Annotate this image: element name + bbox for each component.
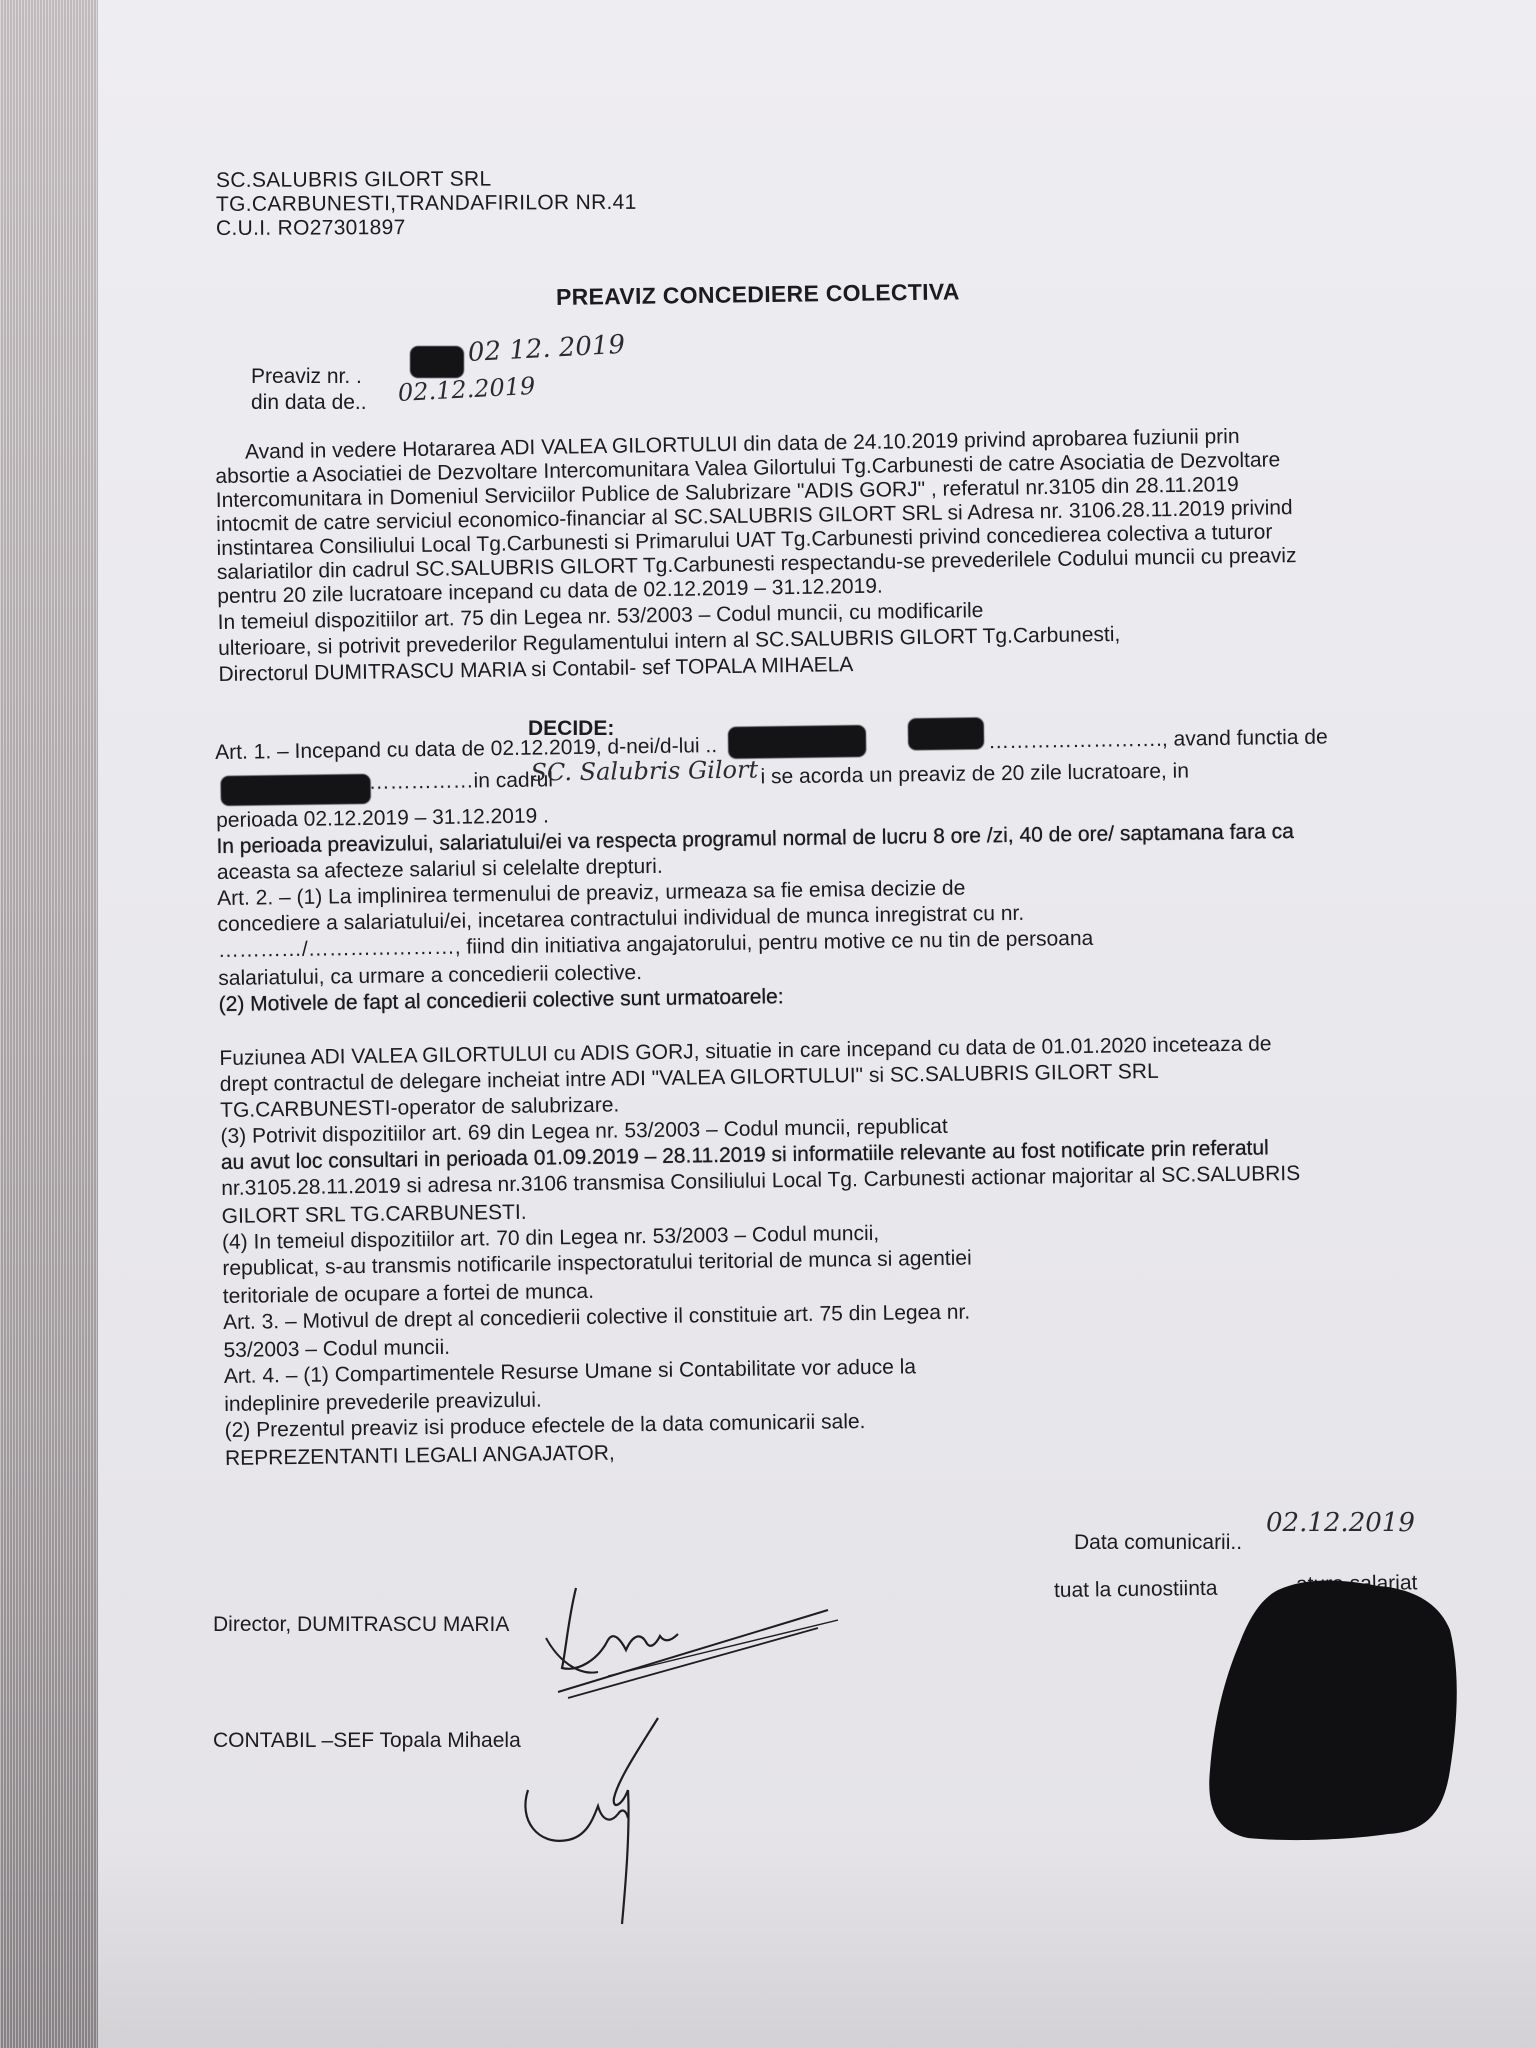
redaction-employee-name xyxy=(728,725,866,759)
redaction-employee-surname xyxy=(908,717,984,750)
communication-date-label: Data comunicarii.. xyxy=(1074,1530,1242,1556)
document-title: PREAVIZ CONCEDIERE COLECTIVA xyxy=(556,278,960,310)
notice-date-handwritten: 02.12.2019 xyxy=(397,373,536,406)
redaction-notice-number xyxy=(410,346,464,378)
art1-employer-handwritten: SC. Salubris Gilort xyxy=(530,756,758,785)
redaction-employee-signature xyxy=(1188,1570,1498,1850)
company-address: TG.CARBUNESTI,TRANDAFIRILOR NR.41 xyxy=(216,190,637,218)
art1-line1-end: ……………………., avand functia de xyxy=(988,725,1328,756)
director-signature xyxy=(538,1580,838,1700)
redaction-employee-function xyxy=(221,774,371,806)
art3-line2: 53/2003 – Codul muncii. xyxy=(223,1335,450,1364)
communication-date-handwritten: 02.12.2019 xyxy=(1266,1510,1415,1536)
art1-line2-end: i se acorda un preaviz de 20 zile lucrat… xyxy=(760,758,1189,790)
document-page: SC.SALUBRIS GILORT SRL TG.CARBUNESTI,TRA… xyxy=(98,0,1536,2048)
page-shadow xyxy=(98,1848,1536,2048)
notice-number-label: Preaviz nr. . xyxy=(251,364,362,390)
representatives-label: REPREZENTANTI LEGALI ANGAJATOR, xyxy=(225,1441,615,1472)
company-cui: C.U.I. RO27301897 xyxy=(216,215,406,242)
director-name: Director, DUMITRASCU MARIA xyxy=(213,1612,509,1638)
fabric-background xyxy=(0,0,100,2048)
art1-line2-dots: ……………in cadrul xyxy=(368,767,553,796)
notice-number-handwritten: 02 12. 2019 xyxy=(467,332,625,366)
notice-date-label: din data de.. xyxy=(251,390,367,416)
accountant-name: CONTABIL –SEF Topala Mihaela xyxy=(213,1728,521,1754)
